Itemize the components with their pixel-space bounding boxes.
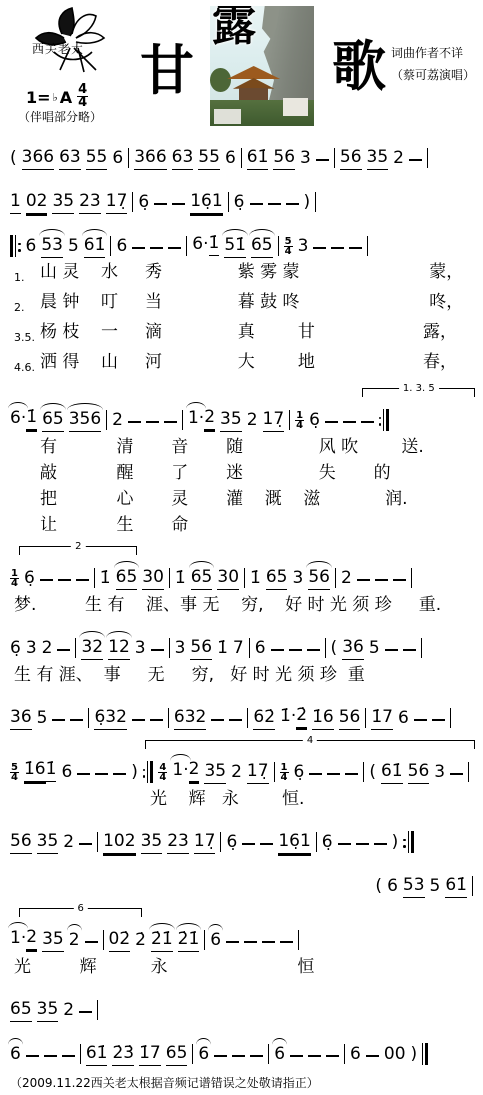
duration-dash (290, 1055, 303, 1057)
verse-number: 3.5. (14, 320, 40, 350)
note-token: 30 (142, 568, 164, 590)
note-token: 35 (204, 762, 226, 784)
volta-label: 4 (303, 735, 317, 746)
duration-dash (58, 579, 71, 581)
note-token: 56 (10, 832, 32, 854)
duration-dash (393, 579, 406, 581)
duration-dash (79, 1011, 92, 1013)
duration-dash (325, 421, 338, 423)
key-letter: A (60, 88, 72, 107)
note-token: 56 (190, 638, 212, 660)
note-token: 35 (52, 192, 74, 214)
note-token: 2 (204, 408, 215, 430)
music-line: 6̣32321233561̇76(365 (0, 618, 483, 662)
barline (363, 762, 364, 782)
note-token: 6 (387, 877, 398, 898)
barline (298, 930, 299, 950)
duration-dash (316, 159, 329, 161)
barline (182, 410, 183, 430)
note-token: 56 (308, 568, 330, 590)
duration-dash (450, 773, 463, 775)
duration-dash (327, 773, 340, 775)
note-token: 2 (112, 411, 123, 432)
duration-dash (356, 843, 369, 845)
note-token: 35 (367, 148, 389, 170)
barline (97, 1000, 98, 1020)
credits: 词曲作者不详 （蔡可荔演唱） (391, 42, 475, 86)
volta-label: 1. 3. 5 (399, 383, 439, 394)
verse-number: 2. (14, 290, 40, 320)
note-token: 17̣ (263, 410, 285, 432)
duration-dash (286, 203, 299, 205)
note-group: 1·2 (10, 928, 37, 952)
note-token: 61̇ (445, 876, 467, 898)
barline (344, 1044, 345, 1064)
note-token: 56 (273, 148, 295, 170)
duration-dash (349, 247, 362, 249)
note-token: 366 (134, 148, 166, 170)
note-token: 2 (247, 411, 258, 432)
title-char-gan: 甘 (140, 44, 194, 98)
barline (334, 148, 335, 168)
music-line: (653561̇ (0, 856, 483, 900)
lyric-line: 生 有 涯、 事 无 穷, 好 时 光 须 珍 重 (0, 662, 483, 688)
barline (169, 568, 170, 588)
duration-dash (262, 941, 275, 943)
duration-dash (76, 579, 89, 581)
time-signature-change: 14 (10, 569, 19, 588)
note-token: 32 (81, 638, 103, 660)
time-signature-change: 54 (10, 763, 19, 782)
duration-dash (244, 941, 257, 943)
lyric-line: 梦. 生 有 涯、事 无 穷, 好 时 光 须 珍 重. (0, 592, 483, 618)
barline (128, 148, 129, 168)
barline (244, 568, 245, 588)
note-token: 3 (298, 237, 309, 258)
note-token: 1̇ (100, 569, 111, 590)
barline (427, 148, 428, 168)
barline (169, 638, 170, 658)
title-char-ge: 歌 (332, 40, 386, 94)
duration-dash (366, 1055, 379, 1057)
flat-sign-icon: ♭ (53, 91, 58, 104)
duration-dash (151, 649, 164, 651)
duration-dash (226, 941, 239, 943)
note-token: 2 (189, 760, 200, 782)
lyric-line: 把 心 灵 灌 溉 滋 润. (0, 486, 483, 512)
duration-dash (374, 843, 387, 845)
note-group: 1·2 (172, 760, 199, 784)
note-token: 62̇ (253, 708, 275, 730)
note-token: 3 (175, 639, 186, 660)
note-token: 2 (341, 569, 352, 590)
footer-note: （2009.11.22西关老太根据音频记谱错误之处敬请指正） (0, 1068, 483, 1095)
note-token: 6 (61, 763, 72, 784)
composer-credit: 词曲作者不详 (391, 42, 475, 64)
title-char-lu: 露 (212, 6, 256, 50)
barline (88, 708, 89, 728)
note-token: 56 (339, 708, 361, 730)
duration-dash (172, 203, 185, 205)
duration-dash (52, 719, 65, 721)
duration-dash (132, 719, 145, 721)
duration-dash (95, 773, 108, 775)
lyric-line: 让 生 命 (0, 512, 483, 538)
note-token: 36 (10, 708, 32, 730)
duration-dash (375, 579, 388, 581)
note-token: 65 (191, 568, 213, 590)
barline (468, 762, 469, 782)
note-token: 35 (37, 1000, 59, 1022)
duration-dash (26, 1055, 39, 1057)
duration-dash (113, 773, 126, 775)
note-token: 56 (340, 148, 362, 170)
note-token: 7 (233, 639, 244, 660)
note-token: 3 (300, 149, 311, 170)
barline (186, 236, 187, 256)
duration-dash (150, 247, 163, 249)
note-token: 5 (369, 639, 380, 660)
duration-dash (146, 421, 159, 423)
duration-dash (357, 579, 370, 581)
note-token: ( (369, 763, 376, 784)
note-token: 56 (408, 762, 430, 784)
barline (241, 148, 242, 168)
repeat-end-barline (143, 761, 154, 783)
note-token: ) (392, 833, 399, 854)
note-token: 30 (217, 568, 239, 590)
barline (367, 236, 368, 256)
note-token: 65 (166, 1044, 188, 1066)
note-token: 632 (174, 708, 206, 730)
note-group: 6·1̇ (192, 234, 219, 258)
verse-lyrics: 山 灵 水 秀 紫 雾 蒙 蒙， (40, 260, 463, 285)
music-line: 65352 (0, 980, 483, 1024)
note-token: 23 (167, 832, 189, 854)
music-line: 2146̣1̇65301̇65301̇653562 (0, 538, 483, 592)
note-token: 1 (10, 192, 21, 214)
music-line: 61·235202̇2̇2̇1̇2̇1̇6 (0, 900, 483, 954)
barline (450, 708, 451, 728)
music-line: 3656̣3263262̇1̇·2̇1̇6561̇76 (0, 688, 483, 732)
note-group: 6·1̇ (10, 408, 37, 432)
key-prefix: 1= (26, 88, 51, 107)
duration-dash (326, 1055, 339, 1057)
barline (421, 638, 422, 658)
barline (228, 192, 229, 212)
duration-dash (343, 421, 356, 423)
note-token: 6̣32 (94, 708, 126, 730)
note-token: 1̇ (26, 408, 37, 430)
note-token: 1· (172, 761, 188, 782)
note-token: 6 (112, 149, 123, 170)
duration-dash (308, 1055, 321, 1057)
note-token: ) (304, 193, 311, 214)
duration-dash (313, 247, 326, 249)
note-token: 61̇ (84, 236, 106, 258)
note-token: 6̣ (234, 193, 245, 214)
verse-row: 3.5.杨 枝 一 滴 真 甘 露， (0, 320, 483, 350)
barline (316, 832, 317, 852)
note-token: 2 (63, 1001, 74, 1022)
music-line: 661̇2̇3̇1̇76566600) (0, 1024, 483, 1068)
duration-dash (260, 843, 273, 845)
duration-dash (85, 941, 98, 943)
barline (220, 832, 221, 852)
note-token: 65 (116, 568, 138, 590)
title: 甘 露 歌 (140, 6, 386, 126)
duration-dash (309, 773, 322, 775)
verse-lyrics: 洒 得 山 河 大 地 春， (40, 350, 457, 375)
music-line: 1. 3. 56·1̇6535621·235217̣146̣ (0, 380, 483, 434)
duration-dash (338, 843, 351, 845)
music-line: 102352317̣6̣16̣16̣) (0, 172, 483, 216)
note-token: 2̇ (135, 931, 146, 952)
duration-dash (409, 159, 422, 161)
note-token: 2̇1̇ (151, 930, 173, 952)
barline (335, 568, 336, 588)
time-signature-main: 4 4 (77, 84, 88, 109)
note-token: 02 (26, 192, 48, 214)
music-line: 653561̇66·1̇51̇65543 (0, 216, 483, 260)
note-token: 53 (403, 876, 425, 898)
note-token: ) (131, 763, 138, 784)
repeat-dots (379, 411, 382, 431)
note-token: 2 (26, 928, 37, 950)
note-token: 63 (172, 148, 194, 170)
note-token: 5 (430, 877, 441, 898)
duration-dash (77, 773, 90, 775)
volta-bracket: 4 (145, 740, 475, 749)
note-token: 6̣ (10, 639, 21, 660)
barline (110, 236, 111, 256)
duration-dash (271, 649, 284, 651)
note-group: 1̇·2̇ (280, 706, 307, 730)
duration-dash (331, 247, 344, 249)
note-token: 6̣ (138, 193, 149, 214)
note-token: 55 (198, 148, 220, 170)
duration-dash (268, 203, 281, 205)
photo-white-building (283, 98, 308, 116)
note-token: 5 (68, 237, 79, 258)
header: 西关老太 甘 露 歌 词曲作者不详 （蔡可荔演唱） 1=♭A (0, 0, 483, 126)
photo-white-building2 (214, 109, 241, 123)
barline (365, 708, 366, 728)
note-token: 35 (141, 832, 163, 854)
barline (106, 410, 107, 430)
duration-dash (164, 421, 177, 423)
verse-number: 1. (14, 260, 40, 290)
note-token: 6 (10, 1045, 21, 1066)
barline (80, 1044, 81, 1064)
duration-dash (361, 421, 374, 423)
duration-dash (214, 1055, 227, 1057)
duration-dash (132, 247, 145, 249)
note-token: 6 (274, 1045, 285, 1066)
note-token: ) (411, 1045, 418, 1066)
duration-dash (432, 719, 445, 721)
repeat-dots (403, 833, 406, 853)
note-token: 55 (86, 148, 108, 170)
note-token: 23 (79, 192, 101, 214)
note-token: 63 (59, 148, 81, 170)
note-token: 1̇6 (312, 708, 334, 730)
note-token: 2 (63, 833, 74, 854)
barline (132, 192, 133, 212)
note-token: 1̇7 (371, 708, 393, 730)
note-token: 6 (350, 1045, 361, 1066)
note-token: 65 (10, 1000, 32, 1022)
duration-dash (57, 649, 70, 651)
verse-number: 4.6. (14, 350, 40, 380)
note-token: 1̇ (175, 569, 186, 590)
note-token: 3 (26, 639, 37, 660)
music-line: 4541̇61̇6)441·235217̣146̣(61̇563 (0, 732, 483, 786)
score-body: (366635563666355661̇56356352102352317̣6̣… (0, 126, 483, 1068)
repeat-begin-barline (10, 235, 21, 257)
note-token: 1· (10, 929, 26, 950)
note-token: 65 (266, 568, 288, 590)
temple-photo: 露 (210, 6, 314, 126)
note-token: 1̇ (209, 234, 220, 256)
note-token: 356 (69, 410, 101, 432)
barline (278, 236, 279, 256)
note-token: 61̇ (86, 1044, 108, 1066)
note-token: 2 (393, 149, 404, 170)
note-token: ( (375, 877, 382, 898)
barline (274, 762, 275, 782)
barline (289, 410, 290, 430)
note-token: 3 (292, 569, 303, 590)
duration-dash (250, 203, 263, 205)
volta-bracket: 6 (19, 908, 142, 917)
accompaniment-note: （伴唱部分略） (18, 108, 102, 125)
volta-label: 2 (71, 541, 85, 552)
duration-dash (250, 1055, 263, 1057)
barline (247, 708, 248, 728)
note-token: 6 (255, 639, 266, 660)
barline (168, 708, 169, 728)
note-token: 6̣ (294, 763, 305, 784)
time-signature-change: 54 (284, 237, 293, 256)
volta-label: 6 (74, 903, 88, 914)
duration-dash (79, 843, 92, 845)
note-token: 2̇ (296, 706, 307, 728)
duration-dash (307, 649, 320, 651)
duration-dash (150, 719, 163, 721)
note-token: 2̇3̇ (112, 1044, 134, 1066)
note-token: 6· (10, 409, 26, 430)
barline (192, 1044, 193, 1064)
verse-lyrics: 晨 钟 叮 当 暮 鼓 咚 咚， (40, 290, 463, 315)
note-token: 6̣ (322, 833, 333, 854)
note-token: 17̣ (194, 832, 216, 854)
barline (249, 638, 250, 658)
note-token: 102 (103, 832, 135, 854)
note-token: 2 (42, 639, 53, 660)
barline (103, 930, 104, 950)
music-line: 56352102352317̣6̣16̣16̣) (0, 812, 483, 856)
note-token: 51̇ (224, 236, 246, 258)
duration-dash (154, 203, 167, 205)
lyric-line: 敲 醒 了 迷 失 的 (0, 460, 483, 486)
note-token: 1· (188, 409, 204, 430)
key-signature: 1=♭A 4 4 (26, 84, 88, 111)
note-token: 2 (69, 931, 80, 952)
repeat-dots (18, 237, 21, 257)
duration-dash (44, 1055, 57, 1057)
music-line: (366635563666355661̇56356352 (0, 128, 483, 172)
note-token: 1̇ (250, 569, 261, 590)
note-token: 5 (37, 709, 48, 730)
note-token: 65 (42, 410, 64, 432)
duration-dash (345, 773, 358, 775)
lyric-line: 光 辉 永 恒 (0, 954, 483, 980)
note-token: 1̇6 (24, 760, 46, 782)
note-token: 35 (220, 410, 242, 432)
note-token: 6̣ (226, 833, 237, 854)
note-token: 2 (231, 763, 242, 784)
verse-row: 2.晨 钟 叮 当 暮 鼓 咚 咚， (0, 290, 483, 320)
note-token: 6 (198, 1045, 209, 1066)
barline (411, 568, 412, 588)
note-group: 1·2 (188, 408, 215, 432)
final-barline (422, 1043, 428, 1065)
barline (97, 832, 98, 852)
barline (204, 930, 205, 950)
note-token: 3 (434, 763, 445, 784)
note-token: 00 (384, 1045, 406, 1066)
note-token: 35 (42, 930, 64, 952)
duration-dash (62, 1055, 75, 1057)
barline (75, 638, 76, 658)
note-token: 6 (26, 237, 37, 258)
barline (94, 568, 95, 588)
barline (315, 192, 316, 212)
time-signature-change: 14 (295, 411, 304, 430)
duration-dash (40, 579, 53, 581)
note-token: 6 (210, 931, 221, 952)
note-token: 16̣1 (278, 832, 310, 854)
duration-dash (289, 649, 302, 651)
time-signature-change: 44 (158, 763, 167, 782)
duration-dash (403, 649, 416, 651)
barline (268, 1044, 269, 1064)
note-token: 366 (22, 148, 54, 170)
score-page: 西关老太 甘 露 歌 词曲作者不详 （蔡可荔演唱） 1=♭A (0, 0, 483, 1095)
logo-text: 西关老太 (32, 40, 84, 57)
duration-dash (70, 719, 83, 721)
note-token: 16̣1 (190, 192, 222, 214)
repeat-end-barline (403, 831, 414, 853)
note-token: 61̇ (247, 148, 269, 170)
verse-lyrics: 杨 枝 一 滴 真 甘 露， (40, 320, 457, 345)
volta-bracket: 1. 3. 5 (362, 388, 475, 397)
verse-row: 4.6.洒 得 山 河 大 地 春， (0, 350, 483, 380)
note-token: 12 (108, 638, 130, 660)
note-token: 17̣ (106, 192, 128, 214)
note-token: 17̣ (247, 762, 269, 784)
note-token: 6 (398, 709, 409, 730)
note-token: 1̇ (217, 639, 228, 660)
duration-dash (211, 719, 224, 721)
singer-credit: （蔡可荔演唱） (391, 64, 475, 86)
repeat-dots (143, 763, 146, 783)
barline (472, 876, 473, 896)
note-token: 61̇ (381, 762, 403, 784)
volta-bracket: 2 (19, 546, 137, 555)
note-token: 6̣ (24, 569, 35, 590)
